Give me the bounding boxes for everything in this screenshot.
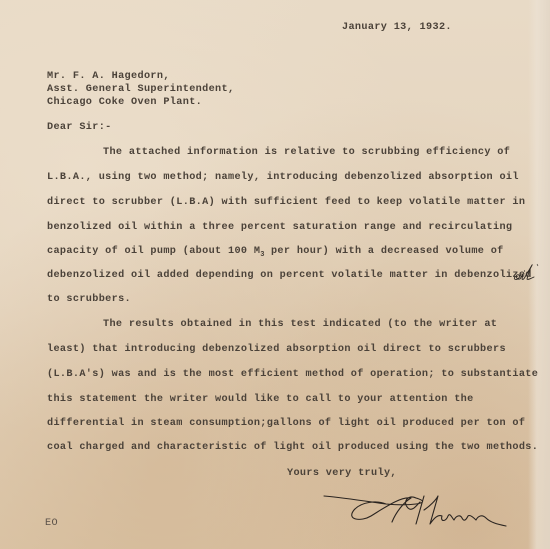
handwritten-oil-annotation bbox=[512, 262, 542, 284]
handwritten-signature bbox=[316, 488, 516, 533]
typist-initials: EO bbox=[45, 518, 58, 530]
paragraph-1-line-3: direct to scrubber (L.B.A) with sufficie… bbox=[47, 197, 525, 209]
subscript-3: 3 bbox=[260, 251, 264, 259]
paragraph-1-line-7: to scrubbers. bbox=[47, 294, 131, 306]
paragraph-1-line-1: The attached information is relative to … bbox=[103, 147, 510, 159]
salutation: Dear Sir:- bbox=[47, 122, 112, 134]
paragraph-2-line-6: coal charged and characteristic of light… bbox=[47, 442, 538, 454]
paragraph-1-line-5: capacity of oil pump (about 100 M3 per h… bbox=[47, 246, 504, 258]
closing: Yours very truly, bbox=[287, 468, 397, 480]
letter-date: January 13, 1932. bbox=[342, 22, 452, 34]
paragraph-1-line-2: L.B.A., using two method; namely, introd… bbox=[47, 172, 519, 184]
recipient-name: Mr. F. A. Hagedorn, bbox=[47, 71, 170, 83]
paragraph-2-line-2: least) that introducing debenzolized abs… bbox=[47, 344, 506, 356]
recipient-title: Asst. General Superintendent, bbox=[47, 84, 234, 96]
paragraph-1-line-4: benzolized oil within a three percent sa… bbox=[47, 222, 512, 234]
line-5-main: capacity of oil pump (about 100 M bbox=[47, 246, 260, 257]
paragraph-2-line-1: The results obtained in this test indica… bbox=[103, 319, 497, 331]
paragraph-1-line-6: debenzolized oil added depending on perc… bbox=[47, 270, 532, 282]
paragraph-2-line-3: (L.B.A's) was and is the most efficient … bbox=[47, 369, 538, 381]
paragraph-2-line-4: this statement the writer would like to … bbox=[47, 394, 474, 406]
line-5-suffix: per hour) with a decreased volume of bbox=[265, 246, 504, 257]
recipient-location: Chicago Coke Oven Plant. bbox=[47, 97, 202, 109]
paragraph-2-line-5: differential in steam consumption;gallon… bbox=[47, 418, 525, 430]
